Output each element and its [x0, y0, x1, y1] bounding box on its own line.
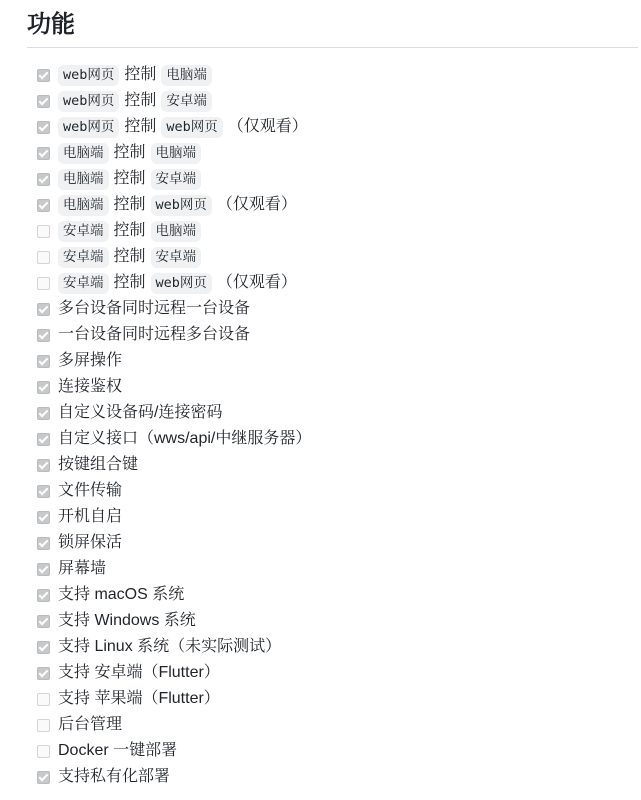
checkbox-unchecked-icon — [37, 693, 50, 706]
feature-list: web网页控制电脑端web网页控制安卓端web网页控制web网页（仅观看）电脑端… — [27, 62, 638, 790]
feature-text: 支持 苹果端（Flutter） — [58, 687, 220, 711]
checkbox-checked-icon — [37, 459, 50, 472]
checkbox-checked-icon — [37, 147, 50, 160]
feature-item: 多台设备同时远程一台设备 — [37, 296, 638, 322]
code-badge: 电脑端 — [161, 65, 212, 86]
feature-item: 自定义接口（wws/api/中继服务器） — [37, 426, 638, 452]
checkbox-checked-icon — [37, 511, 50, 524]
feature-text: 文件传输 — [58, 479, 122, 503]
feature-text: 自定义设备码/连接密码 — [58, 401, 222, 425]
text-segment: 控制 — [114, 193, 146, 217]
checkbox-unchecked-icon — [37, 745, 50, 758]
feature-item: 后台管理 — [37, 712, 638, 738]
text-segment: 按键组合键 — [58, 453, 138, 477]
checkbox-checked-icon — [37, 563, 50, 576]
text-segment: 控制 — [124, 63, 156, 87]
feature-item: 支持 Windows 系统 — [37, 608, 638, 634]
feature-text: web网页控制安卓端 — [58, 89, 212, 113]
text-segment: 支持私有化部署 — [58, 765, 170, 789]
feature-item: 支持 macOS 系统 — [37, 582, 638, 608]
feature-item: 支持 苹果端（Flutter） — [37, 686, 638, 712]
code-badge: 电脑端 — [58, 169, 109, 190]
text-segment: 文件传输 — [58, 479, 122, 503]
text-segment: 支持 macOS 系统 — [58, 583, 184, 607]
readme-section: 功能 web网页控制电脑端web网页控制安卓端web网页控制web网页（仅观看）… — [0, 0, 641, 800]
text-segment: 支持 苹果端（Flutter） — [58, 687, 220, 711]
feature-text: 安卓端控制web网页（仅观看） — [58, 271, 297, 295]
code-badge: 安卓端 — [161, 91, 212, 112]
feature-text: 支持 Windows 系统 — [58, 609, 196, 633]
feature-text: 按键组合键 — [58, 453, 138, 477]
feature-text: 自定义接口（wws/api/中继服务器） — [58, 427, 311, 451]
checkbox-checked-icon — [37, 121, 50, 134]
feature-text: 连接鉴权 — [58, 375, 122, 399]
feature-item: 自定义设备码/连接密码 — [37, 400, 638, 426]
feature-text: 一台设备同时远程多台设备 — [58, 323, 250, 347]
checkbox-checked-icon — [37, 407, 50, 420]
feature-item: 安卓端控制电脑端 — [37, 218, 638, 244]
text-segment: 支持 Linux 系统（未实际测试） — [58, 635, 281, 659]
checkbox-checked-icon — [37, 641, 50, 654]
text-segment: 支持 安卓端（Flutter） — [58, 661, 220, 685]
feature-text: 多台设备同时远程一台设备 — [58, 297, 250, 321]
checkbox-checked-icon — [37, 355, 50, 368]
feature-item: 屏幕墙 — [37, 556, 638, 582]
text-segment: （仅观看） — [217, 193, 297, 217]
feature-text: web网页控制电脑端 — [58, 63, 212, 87]
text-segment: 后台管理 — [58, 713, 122, 737]
text-segment: 控制 — [114, 167, 146, 191]
checkbox-checked-icon — [37, 303, 50, 316]
code-badge: web网页 — [58, 65, 119, 86]
text-segment: 自定义设备码/连接密码 — [58, 401, 222, 425]
feature-item: Docker 一键部署 — [37, 738, 638, 764]
code-badge: 电脑端 — [151, 143, 202, 164]
feature-item: 连接鉴权 — [37, 374, 638, 400]
code-badge: web网页 — [58, 117, 119, 138]
feature-item: 支持 Linux 系统（未实际测试） — [37, 634, 638, 660]
feature-item: 电脑端控制web网页（仅观看） — [37, 192, 638, 218]
code-badge: 安卓端 — [58, 247, 109, 268]
text-segment: 屏幕墙 — [58, 557, 106, 581]
checkbox-checked-icon — [37, 173, 50, 186]
code-badge: 电脑端 — [151, 221, 202, 242]
feature-item: 安卓端控制web网页（仅观看） — [37, 270, 638, 296]
feature-item: 开机自启 — [37, 504, 638, 530]
checkbox-unchecked-icon — [37, 719, 50, 732]
checkbox-unchecked-icon — [37, 225, 50, 238]
feature-item: 支持私有化部署 — [37, 764, 638, 790]
feature-item: 锁屏保活 — [37, 530, 638, 556]
feature-item: 按键组合键 — [37, 452, 638, 478]
code-badge: 安卓端 — [151, 169, 202, 190]
feature-text: 开机自启 — [58, 505, 122, 529]
checkbox-checked-icon — [37, 199, 50, 212]
code-badge: 安卓端 — [151, 247, 202, 268]
feature-item: web网页控制电脑端 — [37, 62, 638, 88]
feature-text: 锁屏保活 — [58, 531, 122, 555]
text-segment: 支持 Windows 系统 — [58, 609, 196, 633]
feature-item: 多屏操作 — [37, 348, 638, 374]
checkbox-checked-icon — [37, 667, 50, 680]
code-badge: web网页 — [151, 273, 212, 294]
feature-text: 支持 Linux 系统（未实际测试） — [58, 635, 281, 659]
text-segment: 控制 — [114, 271, 146, 295]
checkbox-checked-icon — [37, 69, 50, 82]
feature-item: web网页控制web网页（仅观看） — [37, 114, 638, 140]
code-badge: 安卓端 — [58, 273, 109, 294]
code-badge: web网页 — [151, 195, 212, 216]
checkbox-checked-icon — [37, 537, 50, 550]
checkbox-checked-icon — [37, 771, 50, 784]
feature-text: 支持私有化部署 — [58, 765, 170, 789]
text-segment: 开机自启 — [58, 505, 122, 529]
feature-text: 电脑端控制web网页（仅观看） — [58, 193, 297, 217]
code-badge: 电脑端 — [58, 195, 109, 216]
text-segment: 自定义接口（wws/api/中继服务器） — [58, 427, 311, 451]
checkbox-checked-icon — [37, 589, 50, 602]
text-segment: 锁屏保活 — [58, 531, 122, 555]
text-segment: 多台设备同时远程一台设备 — [58, 297, 250, 321]
checkbox-unchecked-icon — [37, 251, 50, 264]
feature-item: 一台设备同时远程多台设备 — [37, 322, 638, 348]
checkbox-checked-icon — [37, 381, 50, 394]
feature-text: 屏幕墙 — [58, 557, 106, 581]
feature-item: 电脑端控制安卓端 — [37, 166, 638, 192]
text-segment: 多屏操作 — [58, 349, 122, 373]
feature-text: 安卓端控制电脑端 — [58, 219, 201, 243]
feature-item: 文件传输 — [37, 478, 638, 504]
feature-item: 安卓端控制安卓端 — [37, 244, 638, 270]
text-segment: 控制 — [124, 89, 156, 113]
feature-text: 电脑端控制电脑端 — [58, 141, 201, 165]
text-segment: 一台设备同时远程多台设备 — [58, 323, 250, 347]
feature-text: 多屏操作 — [58, 349, 122, 373]
checkbox-checked-icon — [37, 615, 50, 628]
text-segment: Docker 一键部署 — [58, 739, 177, 763]
text-segment: （仅观看） — [217, 271, 297, 295]
feature-text: 后台管理 — [58, 713, 122, 737]
page-title: 功能 — [27, 10, 638, 48]
code-badge: 安卓端 — [58, 221, 109, 242]
text-segment: 控制 — [114, 219, 146, 243]
checkbox-checked-icon — [37, 485, 50, 498]
feature-text: web网页控制web网页（仅观看） — [58, 115, 308, 139]
text-segment: 控制 — [124, 115, 156, 139]
feature-text: 安卓端控制安卓端 — [58, 245, 201, 269]
checkbox-checked-icon — [37, 329, 50, 342]
code-badge: web网页 — [161, 117, 222, 138]
feature-text: 支持 macOS 系统 — [58, 583, 184, 607]
text-segment: 连接鉴权 — [58, 375, 122, 399]
feature-text: 支持 安卓端（Flutter） — [58, 661, 220, 685]
text-segment: （仅观看） — [228, 115, 308, 139]
feature-item: 支持 安卓端（Flutter） — [37, 660, 638, 686]
feature-text: Docker 一键部署 — [58, 739, 177, 763]
checkbox-unchecked-icon — [37, 277, 50, 290]
code-badge: 电脑端 — [58, 143, 109, 164]
text-segment: 控制 — [114, 141, 146, 165]
feature-text: 电脑端控制安卓端 — [58, 167, 201, 191]
text-segment: 控制 — [114, 245, 146, 269]
checkbox-checked-icon — [37, 433, 50, 446]
feature-item: 电脑端控制电脑端 — [37, 140, 638, 166]
checkbox-checked-icon — [37, 95, 50, 108]
feature-item: web网页控制安卓端 — [37, 88, 638, 114]
code-badge: web网页 — [58, 91, 119, 112]
